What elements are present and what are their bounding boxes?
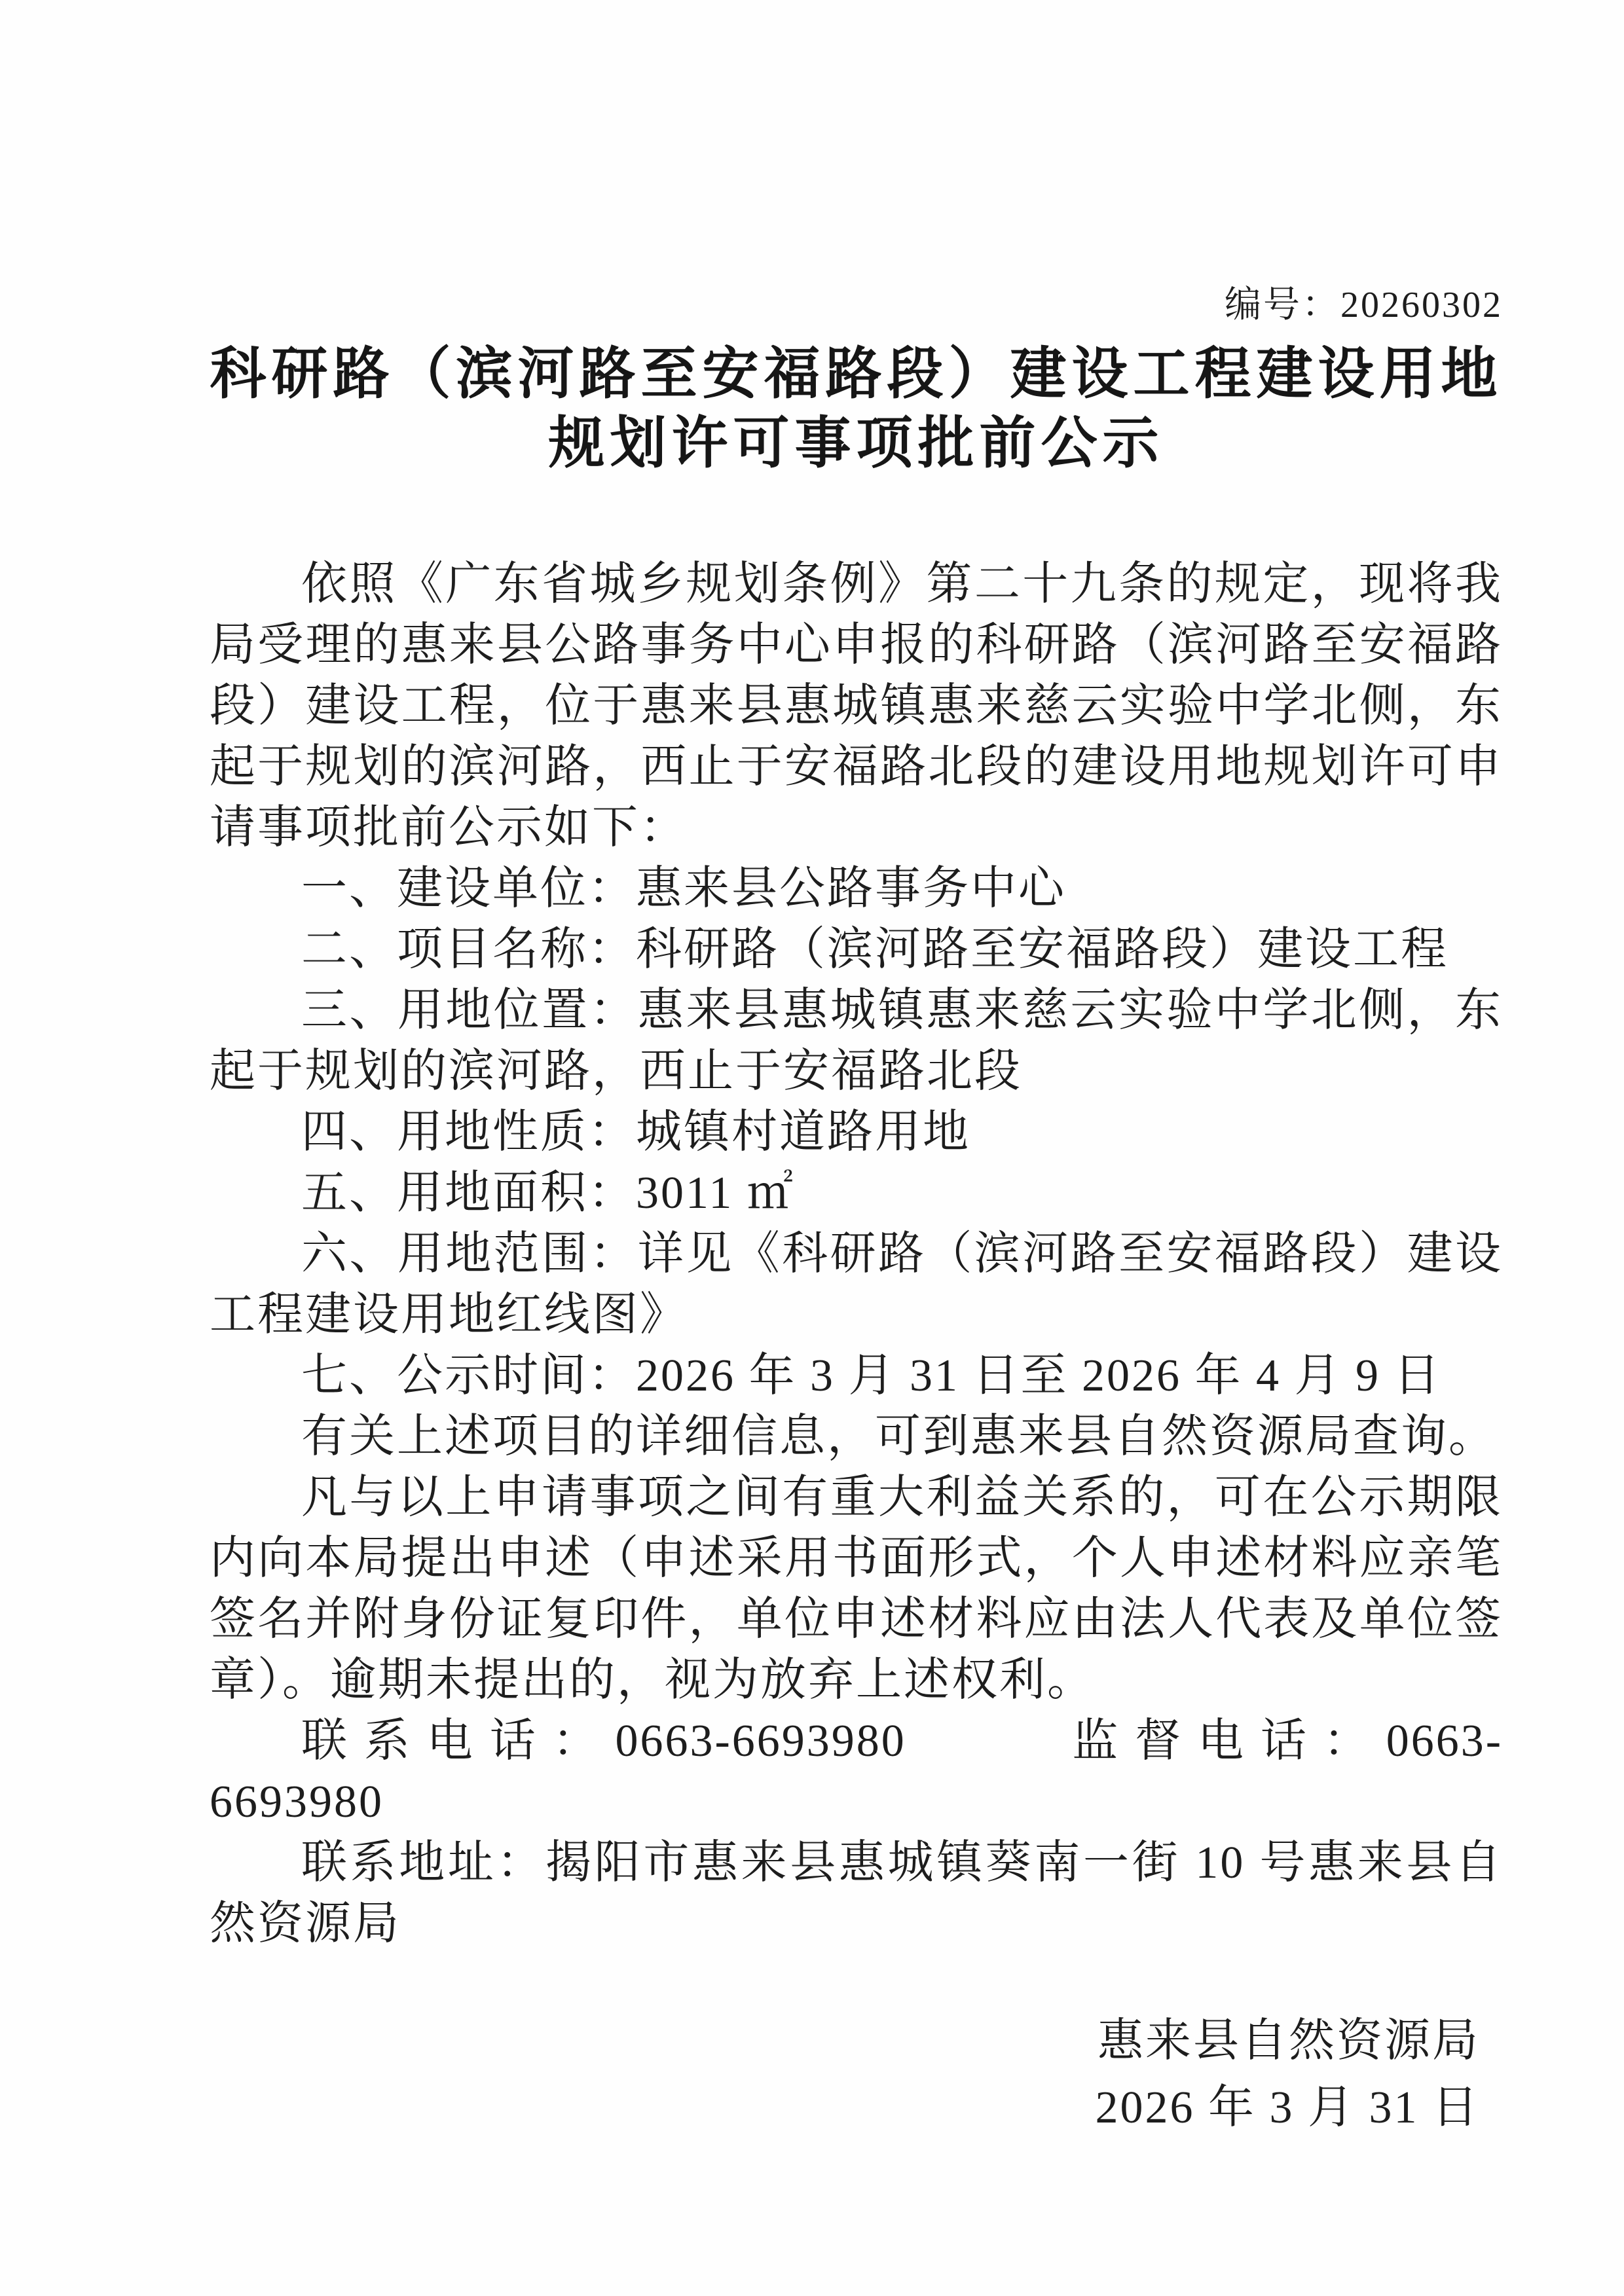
intro-paragraph: 依照《广东省城乡规划条例》第二十九条的规定，现将我局受理的惠来县公路事务中心申报… [210,554,1503,858]
signature-org: 惠来县自然资源局 [210,2008,1480,2075]
page-title-line-1: 科研路（滨河路至安福路段）建设工程建设用地 [210,339,1503,409]
info-query-paragraph: 有关上述项目的详细信息，可到惠来县自然资源局查询。 [210,1406,1503,1467]
item-project-name: 二、项目名称：科研路（滨河路至安福路段）建设工程 [210,919,1503,980]
public-notice-document: 编号：20260302 科研路（滨河路至安福路段）建设工程建设用地 规划许可事项… [0,0,1624,2296]
doc-number: 编号：20260302 [210,282,1503,329]
page-title-line-2: 规划许可事项批前公示 [210,409,1503,478]
item-land-location: 三、用地位置：惠来县惠城镇惠来慈云实验中学北侧，东起于规划的滨河路，西止于安福路… [210,980,1503,1102]
page-title: 科研路（滨河路至安福路段）建设工程建设用地 规划许可事项批前公示 [210,339,1503,478]
item-land-use-nature: 四、用地性质：城镇村道路用地 [210,1102,1503,1163]
objection-paragraph: 凡与以上申请事项之间有重大利益关系的，可在公示期限内向本局提出申述（申述采用书面… [210,1467,1503,1711]
contact-phone-line: 联系电话：0663-6693980 监督电话：0663-6693980 [210,1711,1503,1832]
contact-phone: 联系电话：0663-6693980 [301,1716,906,1766]
contact-address-paragraph: 联系地址：揭阳市惠来县惠城镇葵南一街 10 号惠来县自然资源局 [210,1832,1503,1954]
notice-body: 依照《广东省城乡规划条例》第二十九条的规定，现将我局受理的惠来县公路事务中心申报… [210,554,1503,1954]
item-publicity-period: 七、公示时间：2026 年 3 月 31 日至 2026 年 4 月 9 日 [210,1345,1503,1406]
item-land-area: 五、用地面积：3011 ㎡ [210,1163,1503,1224]
signature-date: 2026 年 3 月 31 日 [210,2075,1480,2141]
signature-block: 惠来县自然资源局 2026 年 3 月 31 日 [210,2008,1503,2141]
item-land-scope: 六、用地范围：详见《科研路（滨河路至安福路段）建设工程建设用地红线图》 [210,1224,1503,1345]
item-construction-unit: 一、建设单位：惠来县公路事务中心 [210,858,1503,919]
